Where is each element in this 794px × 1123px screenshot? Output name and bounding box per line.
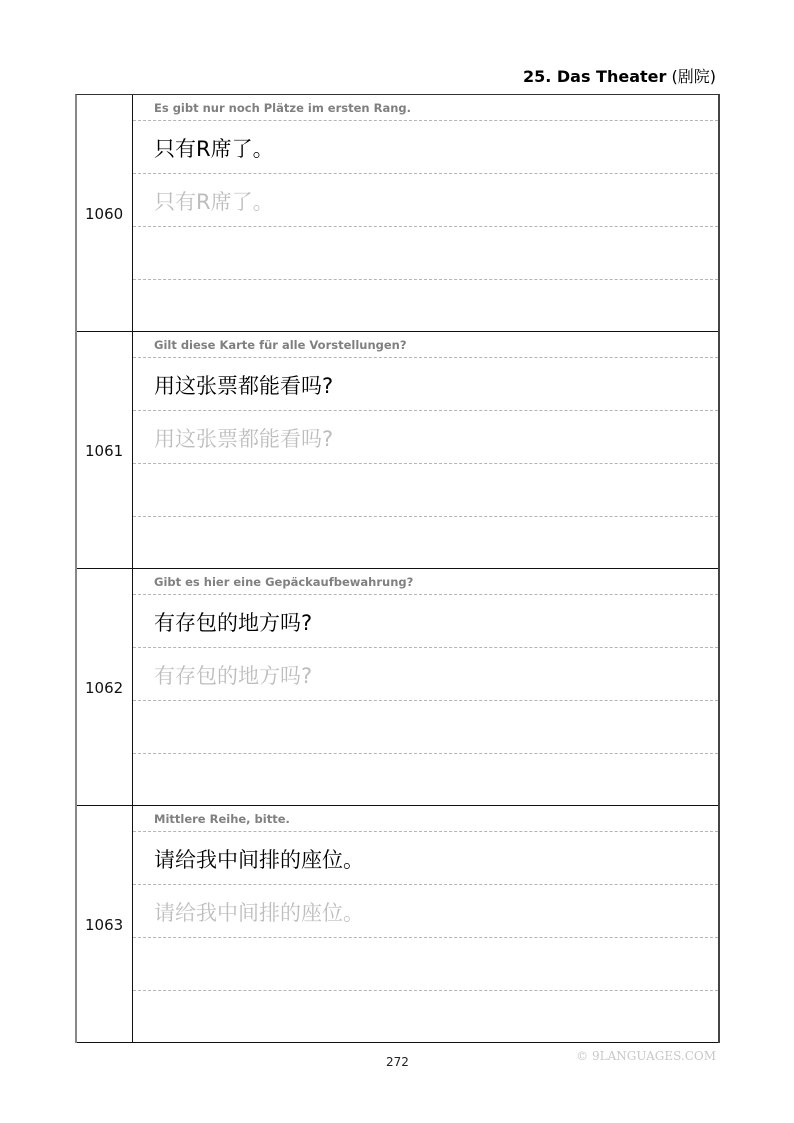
writing-line: [133, 173, 718, 174]
writing-line: [133, 357, 718, 358]
entry-number: 1060: [85, 205, 123, 223]
chinese-trace-sentence: 只有R席了。: [154, 186, 274, 216]
writing-line: [133, 831, 718, 832]
writing-line: [133, 279, 718, 280]
chapter-title: 25. Das Theater: [523, 67, 666, 86]
entry-number-cell: 1060: [77, 95, 133, 331]
chinese-sentence: 用这张票都能看吗?: [154, 370, 333, 400]
entry-block: 1060 Es gibt nur noch Plätze im ersten R…: [77, 95, 718, 332]
entry-block: 1061 Gilt diese Karte für alle Vorstellu…: [77, 332, 718, 569]
entry-content-cell: Gilt diese Karte für alle Vorstellungen?…: [133, 332, 718, 568]
writing-line: [133, 226, 718, 227]
writing-line: [133, 410, 718, 411]
entry-number-cell: 1061: [77, 332, 133, 568]
writing-line: [133, 120, 718, 121]
entry-number: 1062: [85, 679, 123, 697]
entry-block: 1062 Gibt es hier eine Gepäckaufbewahrun…: [77, 569, 718, 806]
german-sentence: Mittlere Reihe, bitte.: [154, 812, 290, 826]
chinese-trace-sentence: 有存包的地方吗?: [154, 660, 312, 690]
writing-line: [133, 884, 718, 885]
chinese-trace-sentence: 用这张票都能看吗?: [154, 423, 333, 453]
german-sentence: Gilt diese Karte für alle Vorstellungen?: [154, 338, 407, 352]
writing-line: [133, 937, 718, 938]
chinese-sentence: 请给我中间排的座位。: [154, 844, 364, 874]
german-sentence: Es gibt nur noch Plätze im ersten Rang.: [154, 101, 411, 115]
writing-line: [133, 647, 718, 648]
writing-line: [133, 463, 718, 464]
chapter-title-chinese: (剧院): [672, 67, 717, 86]
entry-number: 1061: [85, 442, 123, 460]
entry-content-cell: Mittlere Reihe, bitte. 请给我中间排的座位。 请给我中间排…: [133, 806, 718, 1042]
copyright-notice: © 9LANGUAGES.COM: [576, 1049, 716, 1063]
chinese-sentence: 有存包的地方吗?: [154, 607, 312, 637]
entry-content-cell: Gibt es hier eine Gepäckaufbewahrung? 有存…: [133, 569, 718, 805]
chinese-trace-sentence: 请给我中间排的座位。: [154, 897, 364, 927]
writing-line: [133, 516, 718, 517]
writing-line: [133, 990, 718, 991]
entry-number-cell: 1062: [77, 569, 133, 805]
chinese-sentence: 只有R席了。: [154, 133, 274, 163]
entry-number: 1063: [85, 916, 123, 934]
page-header: 25. Das Theater (剧院): [523, 64, 716, 87]
writing-line: [133, 700, 718, 701]
writing-line: [133, 753, 718, 754]
entry-content-cell: Es gibt nur noch Plätze im ersten Rang. …: [133, 95, 718, 331]
practice-table: 1060 Es gibt nur noch Plätze im ersten R…: [75, 94, 720, 1043]
page-number: 272: [386, 1055, 409, 1069]
writing-line: [133, 594, 718, 595]
german-sentence: Gibt es hier eine Gepäckaufbewahrung?: [154, 575, 413, 589]
entry-number-cell: 1063: [77, 806, 133, 1042]
entry-block: 1063 Mittlere Reihe, bitte. 请给我中间排的座位。 请…: [77, 806, 718, 1043]
